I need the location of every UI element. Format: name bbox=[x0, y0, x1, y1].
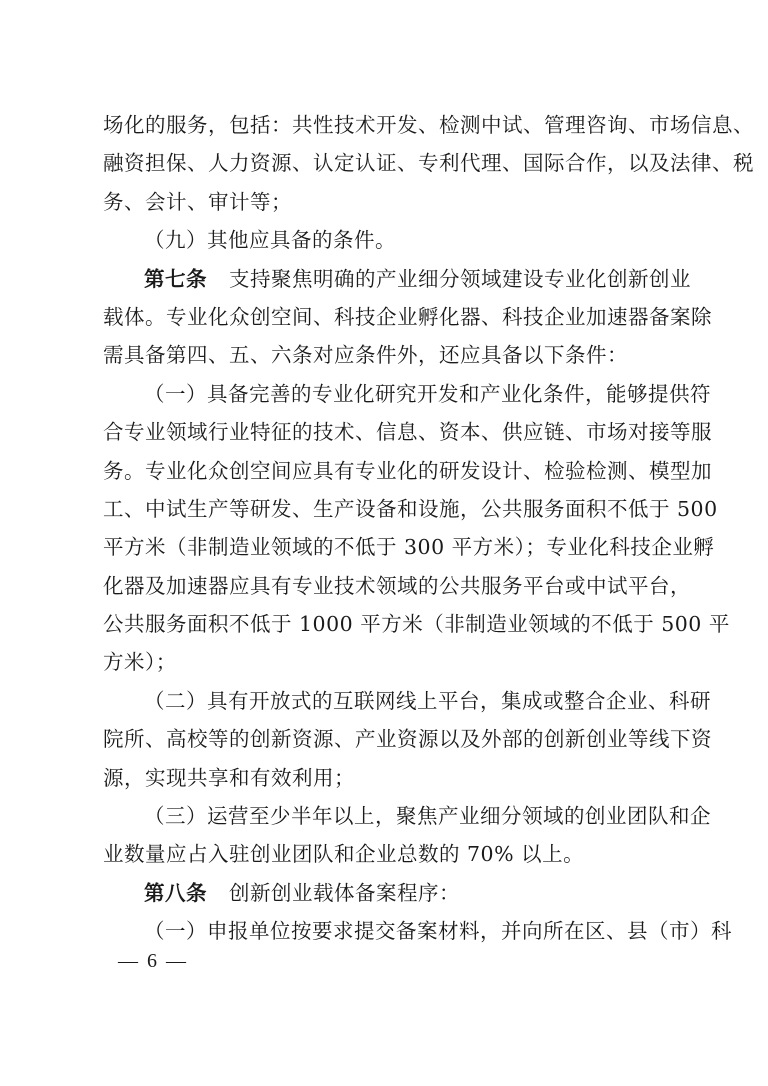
text-line: 方米）； bbox=[103, 643, 669, 681]
text-line: 务、会计、审计等； bbox=[103, 183, 669, 221]
list-item-three: （三）运营至少半年以上，聚焦产业细分领域的创业团队和企 bbox=[103, 797, 669, 835]
list-item-two: （二）具有开放式的互联网线上平台，集成或整合企业、科研 bbox=[103, 682, 669, 720]
text-line: 载体。专业化众创空间、科技企业孵化器、科技企业加速器备案除 bbox=[103, 298, 669, 336]
article-seven-first-line: 第七条支持聚焦明确的产业细分领域建设专业化创新创业 bbox=[103, 260, 669, 298]
text-line: 需具备第四、五、六条对应条件外，还应具备以下条件： bbox=[103, 336, 669, 374]
article-heading: 第七条 bbox=[144, 267, 207, 291]
text-line: 化器及加速器应具有专业技术领域的公共服务平台或中试平台， bbox=[103, 567, 669, 605]
text-line: 公共服务面积不低于 1000 平方米（非制造业领域的不低于 500 平 bbox=[103, 605, 669, 643]
text-line: 合专业领域行业特征的技术、信息、资本、供应链、市场对接等服 bbox=[103, 413, 669, 451]
page-number: — 6 — bbox=[118, 950, 188, 973]
text-line: 场化的服务，包括：共性技术开发、检测中试、管理咨询、市场信息、 bbox=[103, 106, 669, 144]
text-line: 融资担保、人力资源、认定认证、专利代理、国际合作，以及法律、税 bbox=[103, 144, 669, 182]
article-heading: 第八条 bbox=[144, 881, 207, 905]
text-line: 院所、高校等的创新资源、产业资源以及外部的创新创业等线下资 bbox=[103, 720, 669, 758]
list-item-one: （一）具备完善的专业化研究开发和产业化条件，能够提供符 bbox=[103, 375, 669, 413]
article-text: 创新创业载体备案程序： bbox=[229, 881, 460, 905]
article-text: 支持聚焦明确的产业细分领域建设专业化创新创业 bbox=[229, 267, 691, 291]
procedure-item-one: （一）申报单位按要求提交备案材料，并向所在区、县（市）科 bbox=[103, 912, 669, 950]
text-line: 工、中试生产等研发、生产设备和设施，公共服务面积不低于 500 bbox=[103, 490, 669, 528]
document-page: 场化的服务，包括：共性技术开发、检测中试、管理咨询、市场信息、 融资担保、人力资… bbox=[103, 106, 669, 951]
text-line: 源，实现共享和有效利用； bbox=[103, 759, 669, 797]
article-eight-line: 第八条创新创业载体备案程序： bbox=[103, 874, 669, 912]
text-line: 平方米（非制造业领域的不低于 300 平方米）；专业化科技企业孵 bbox=[103, 528, 669, 566]
list-item-nine: （九）其他应具备的条件。 bbox=[103, 221, 669, 259]
text-line: 业数量应占入驻创业团队和企业总数的 70% 以上。 bbox=[103, 835, 669, 873]
text-line: 务。专业化众创空间应具有专业化的研发设计、检验检测、模型加 bbox=[103, 452, 669, 490]
